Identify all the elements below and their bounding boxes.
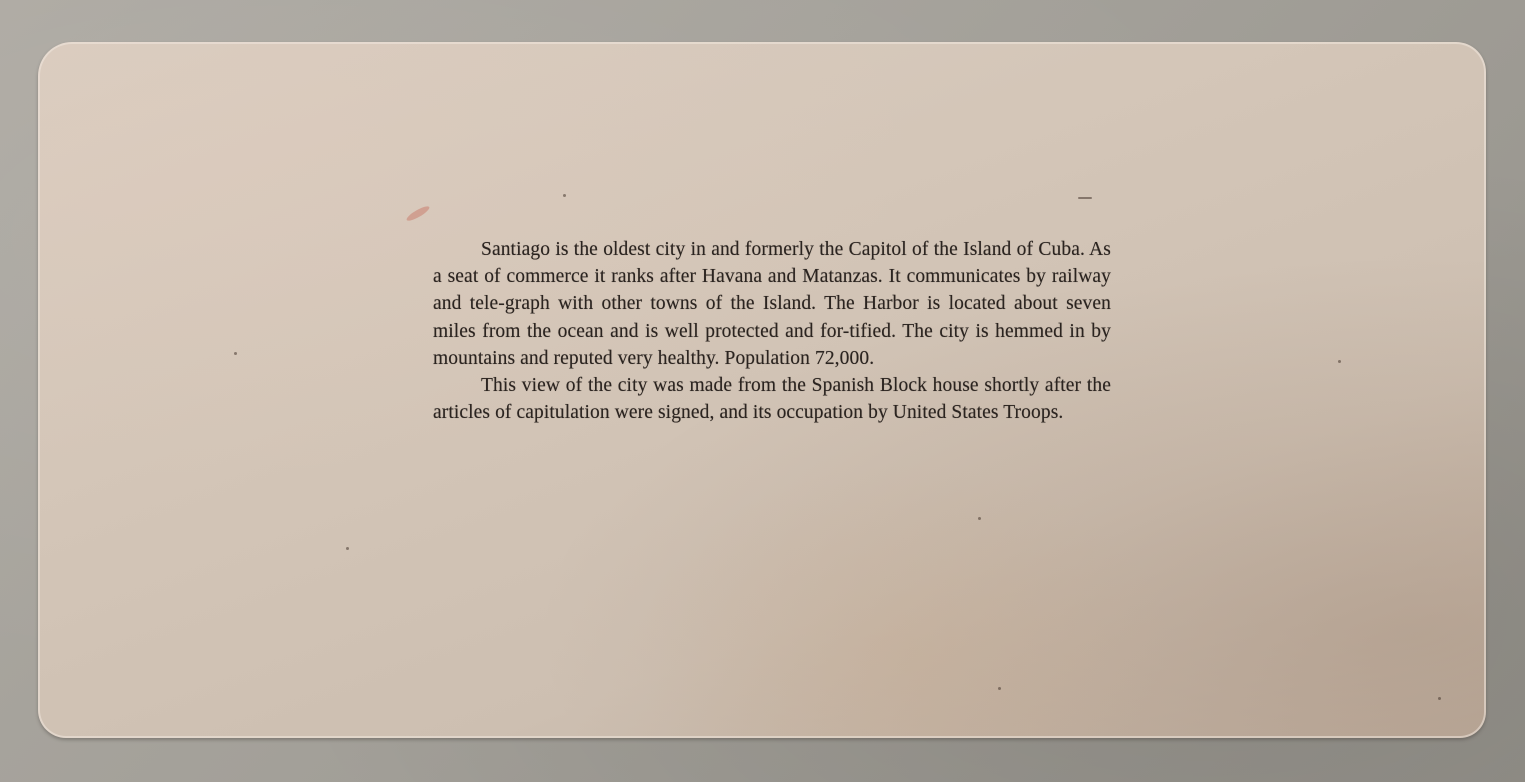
speck — [1438, 697, 1441, 700]
speck — [234, 352, 237, 355]
speck — [978, 517, 981, 520]
description-text: Santiago is the oldest city in and forme… — [433, 236, 1111, 426]
paragraph-view: This view of the city was made from the … — [433, 372, 1111, 426]
speck — [1078, 197, 1092, 199]
speck — [346, 547, 349, 550]
red-stain-mark — [405, 204, 431, 223]
stereoview-card-back: Santiago is the oldest city in and forme… — [38, 42, 1486, 738]
speck — [1338, 360, 1341, 363]
speck — [998, 687, 1001, 690]
paragraph-history: Santiago is the oldest city in and forme… — [433, 236, 1111, 372]
speck — [563, 194, 566, 197]
